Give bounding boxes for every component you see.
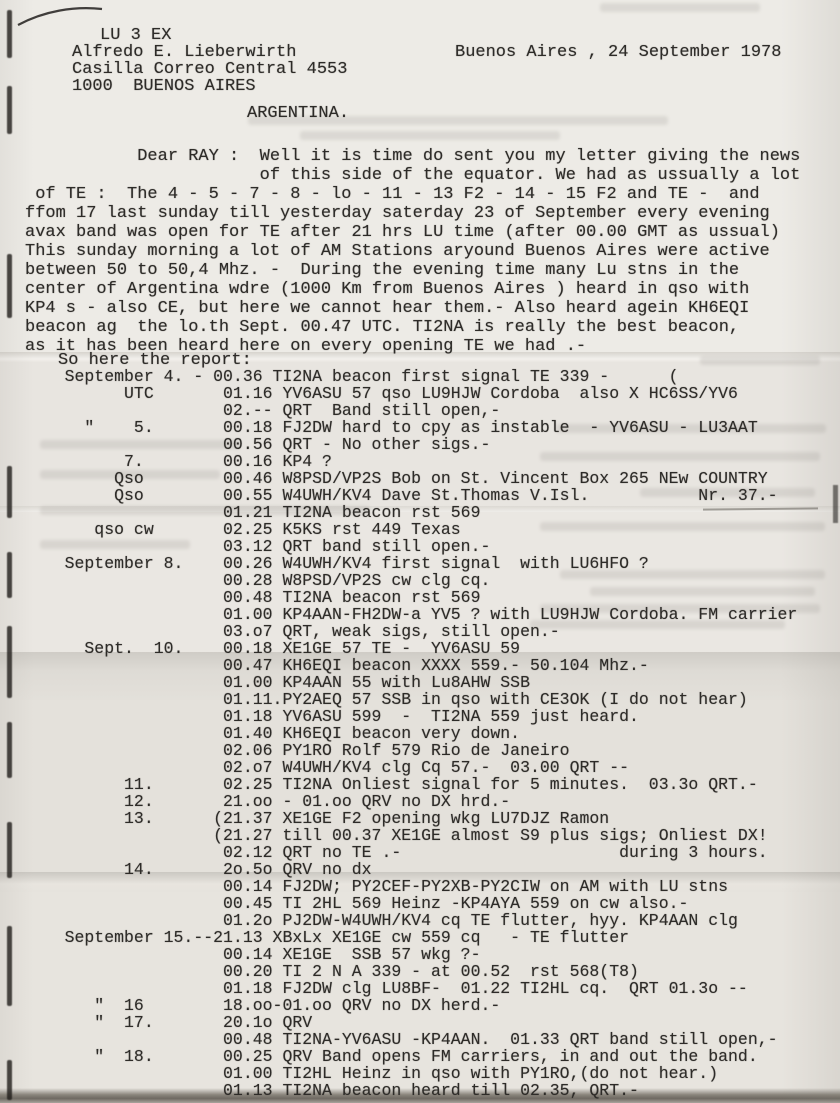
- text-line: 00.28 W8PSD/VP2S cw clg cq.: [25, 572, 797, 589]
- binding-mark: [7, 722, 12, 778]
- text-line: 02.-- QRT Band still open,-: [25, 402, 797, 419]
- text-line: 01.00 KP4AAN 55 with Lu8AHW SSB: [25, 674, 797, 691]
- text-line: 00.14 XE1GE SSB 57 wkg ?-: [25, 946, 797, 963]
- sender-address-line2: 1000 BUENOS AIRES: [72, 78, 256, 96]
- text-line: 00.45 TI 2HL 569 Heinz -KP4AYA 559 on cw…: [25, 895, 797, 912]
- text-line: 00.47 KH6EQI beacon XXXX 559.- 50.104 Mh…: [25, 657, 797, 674]
- binding-mark: [7, 926, 12, 1006]
- text-line: UTC 01.16 YV6ASU 57 qso LU9HJW Cordoba a…: [25, 385, 797, 402]
- text-line: 00.48 TI2NA-YV6ASU -KP4AAN. 01.33 QRT ba…: [25, 1031, 797, 1048]
- text-line: 02.o7 W4UWH/KV4 clg Cq 57.- 03.00 QRT --: [25, 759, 797, 776]
- text-line: " 18. 00.25 QRV Band opens FM carriers, …: [25, 1048, 797, 1065]
- text-line: of TE : The 4 - 5 - 7 - 8 - lo - 11 - 13…: [25, 185, 800, 204]
- text-line: 02.06 PY1RO Rolf 579 Rio de Janeiro: [25, 742, 797, 759]
- text-line: Sept. 10. 00.18 XE1GE 57 TE - YV6ASU 59: [25, 640, 797, 657]
- text-line: 01.18 FJ2DW clg LU8BF- 01.22 TI2HL cq. Q…: [25, 980, 797, 997]
- text-line: 00.20 TI 2 N A 339 - at 00.52 rst 568(T8…: [25, 963, 797, 980]
- text-line: qso cw 02.25 K5KS rst 449 Texas: [25, 521, 797, 538]
- bleedthrough-mark: [600, 3, 760, 12]
- text-line: Dear RAY : Well it is time do sent you m…: [25, 147, 800, 166]
- text-line: KP4 s - also CE, but here we cannot hear…: [25, 299, 800, 318]
- text-line: 01.2o PJ2DW-W4UWH/KV4 cq TE flutter, hyy…: [25, 912, 797, 929]
- text-line: 00.48 TI2NA beacon rst 569: [25, 589, 797, 606]
- text-line: " 17. 20.1o QRV: [25, 1014, 797, 1031]
- scanned-letter-page: LU 3 EX Alfredo E. Lieberwirth Buenos Ai…: [0, 0, 840, 1103]
- text-line: avax band was open for TE after 21 hrs L…: [25, 223, 800, 242]
- text-line: September 4. - 00.36 TI2NA beacon first …: [25, 368, 797, 385]
- binding-mark: [7, 254, 12, 318]
- text-line: 00.56 QRT - No other sigs.-: [25, 436, 797, 453]
- binding-mark: [7, 552, 12, 598]
- text-line: 01.40 KH6EQI beacon very down.: [25, 725, 797, 742]
- text-line: 01.13 TI2NA beacon heard till 02.35, QRT…: [25, 1082, 797, 1099]
- text-line: 13. (21.37 XE1GE F2 opening wkg LU7DJZ R…: [25, 810, 797, 827]
- text-line: 01.21 TI2NA beacon rst 569: [25, 504, 797, 521]
- letter-body: Dear RAY : Well it is time do sent you m…: [25, 147, 800, 356]
- text-line: 01.18 YV6ASU 599 - TI2NA 559 just heard.: [25, 708, 797, 725]
- report-log: September 4. - 00.36 TI2NA beacon first …: [25, 368, 797, 1099]
- binding-mark: [7, 626, 12, 698]
- sender-country: ARGENTINA.: [247, 105, 349, 123]
- text-line: Qso 00.55 W4UWH/KV4 Dave St.Thomas V.Isl…: [25, 487, 797, 504]
- text-line: September 15.--21.13 XBxLx XE1GE cw 559 …: [25, 929, 797, 946]
- text-line: 7. 00.16 KP4 ?: [25, 453, 797, 470]
- binding-mark: [7, 822, 12, 878]
- text-line: ffom 17 last sunday till yesterday sater…: [25, 204, 800, 223]
- text-line: 00.14 FJ2DW; PY2CEF-PY2XB-PY2CIW on AM w…: [25, 878, 797, 895]
- binding-mark: [7, 86, 12, 134]
- bleedthrough-mark: [700, 356, 820, 365]
- text-line: This sunday morning a lot of AM Stations…: [25, 242, 800, 261]
- text-line: 03.12 QRT band still open.-: [25, 538, 797, 555]
- text-line: beacon ag the lo.th Sept. 00.47 UTC. TI2…: [25, 318, 800, 337]
- bleedthrough-mark: [300, 131, 560, 140]
- text-line: 01.00 KP4AAN-FH2DW-a YV5 ? with LU9HJW C…: [25, 606, 797, 623]
- text-line: 02.12 QRT no TE .- during 3 hours.: [25, 844, 797, 861]
- text-line: 01.00 TI2HL Heinz in qso with PY1RO,(do …: [25, 1065, 797, 1082]
- text-line: 11. 02.25 TI2NA Onliest signal for 5 min…: [25, 776, 797, 793]
- text-line: center of Argentina wdre (1000 Km from B…: [25, 280, 800, 299]
- text-line: " 16 18.oo-01.oo QRV no DX herd.-: [25, 997, 797, 1014]
- edge-mark: [833, 485, 838, 523]
- text-line: 14. 2o.5o QRV no dx: [25, 861, 797, 878]
- date-line: Buenos Aires , 24 September 1978: [455, 44, 781, 62]
- pen-stroke: [12, 2, 107, 32]
- text-line: (21.27 till 00.37 XE1GE almost S9 plus s…: [25, 827, 797, 844]
- text-line: between 50 to 50,4 Mhz. - During the eve…: [25, 261, 800, 280]
- text-line: " 5. 00.18 FJ2DW hard to cpy as instable…: [25, 419, 797, 436]
- text-line: 12. 21.oo - 01.oo QRV no DX hrd.-: [25, 793, 797, 810]
- binding-mark: [7, 466, 12, 518]
- text-line: of this side of the equator. We had as u…: [25, 166, 800, 185]
- text-line: 03.o7 QRT, weak sigs, still open.-: [25, 623, 797, 640]
- text-line: Qso 00.46 W8PSD/VP2S Bob on St. Vincent …: [25, 470, 797, 487]
- text-line: September 8. 00.26 W4UWH/KV4 first signa…: [25, 555, 797, 572]
- text-line: 01.11.PY2AEQ 57 SSB in qso with CE3OK (I…: [25, 691, 797, 708]
- binding-mark: [7, 1060, 12, 1100]
